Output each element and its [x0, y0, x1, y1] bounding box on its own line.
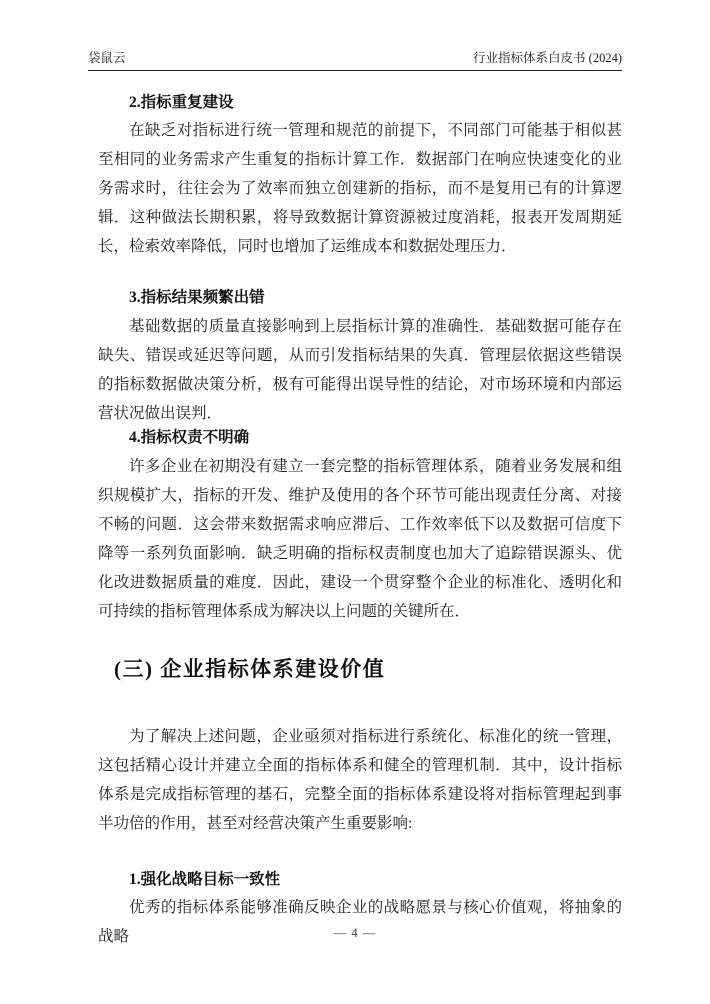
document-page: 袋鼠云 行业指标体系白皮书 (2024) 2.指标重复建设 在缺乏对指标进行统一…: [0, 0, 710, 1004]
page-header: 袋鼠云 行业指标体系白皮书 (2024): [88, 48, 622, 71]
header-brand: 袋鼠云: [88, 48, 126, 66]
page-number: — 4 —: [0, 926, 710, 941]
section-heading-3: 3.指标结果频繁出错: [98, 288, 653, 308]
section-body-2: 在缺乏对指标进行统一管理和规范的前提下，不同部门可能基于相似甚至相同的业务需求产…: [98, 116, 622, 261]
header-doc-title: 行业指标体系白皮书 (2024): [473, 48, 622, 66]
section-body-4: 许多企业在初期没有建立一套完整的指标管理体系，随着业务发展和组织规模扩大，指标的…: [98, 452, 622, 626]
chapter-heading: (三) 企业指标体系建设价值: [98, 656, 638, 682]
subsection-body-1: 优秀的指标体系能够准确反映企业的战略愿景与核心价值观，将抽象的战略: [98, 893, 622, 951]
subsection-heading-1: 1.强化战略目标一致性: [98, 870, 653, 890]
chapter-intro: 为了解决上述问题，企业亟须对指标进行系统化、标准化的统一管理，这包括精心设计并建…: [98, 722, 622, 838]
section-body-3: 基础数据的质量直接影响到上层指标计算的准确性．基础数据可能存在缺失、错误或延迟等…: [98, 312, 622, 428]
section-heading-2: 2.指标重复建设: [98, 93, 653, 113]
section-heading-4: 4.指标权责不明确: [98, 428, 653, 448]
